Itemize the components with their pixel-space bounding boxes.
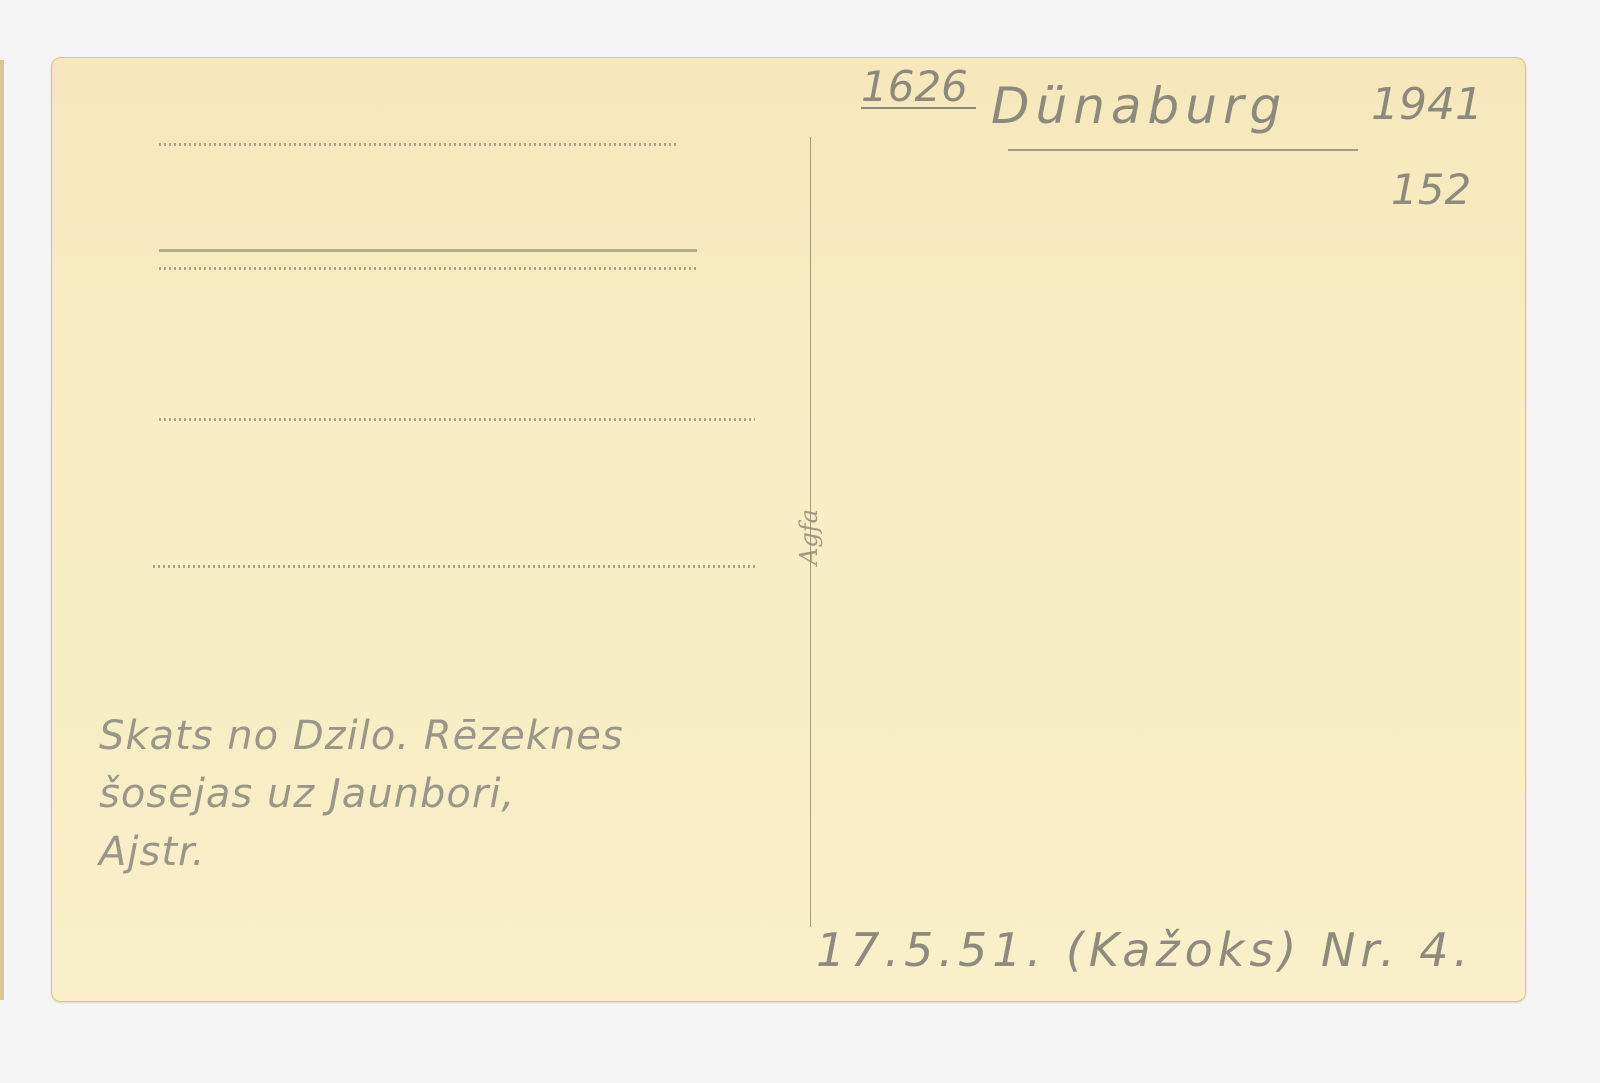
item-number: 152 — [1391, 165, 1471, 214]
footer-note: 17.5.51. (Kažoks) Nr. 4. — [816, 923, 1473, 977]
printed-dotted-line-4 — [153, 565, 755, 568]
year: 1941 — [1371, 79, 1483, 130]
printed-dotted-line-2 — [159, 267, 697, 270]
handwritten-caption: Skats no Dzilo. Rēzeknes šosejas uz Jaun… — [99, 707, 624, 881]
caption-line-1: Skats no Dzilo. Rēzeknes — [99, 707, 624, 765]
printed-solid-line — [159, 249, 697, 252]
agfa-logo: Agfa — [759, 497, 859, 577]
printed-dotted-line-3 — [159, 418, 755, 421]
place-underline — [1008, 149, 1358, 151]
caption-line-3: Ajstr. — [99, 823, 624, 881]
caption-line-2: šosejas uz Jaunbori, — [99, 765, 624, 823]
printed-dotted-line-1 — [159, 143, 679, 146]
reference-number: 1626 — [861, 62, 968, 111]
adjacent-card-edge — [0, 60, 4, 1000]
place-name: Dünaburg — [991, 77, 1287, 135]
postcard-back: Agfa 1626 Dünaburg 1941 152 Skats no Dzi… — [51, 57, 1526, 1002]
